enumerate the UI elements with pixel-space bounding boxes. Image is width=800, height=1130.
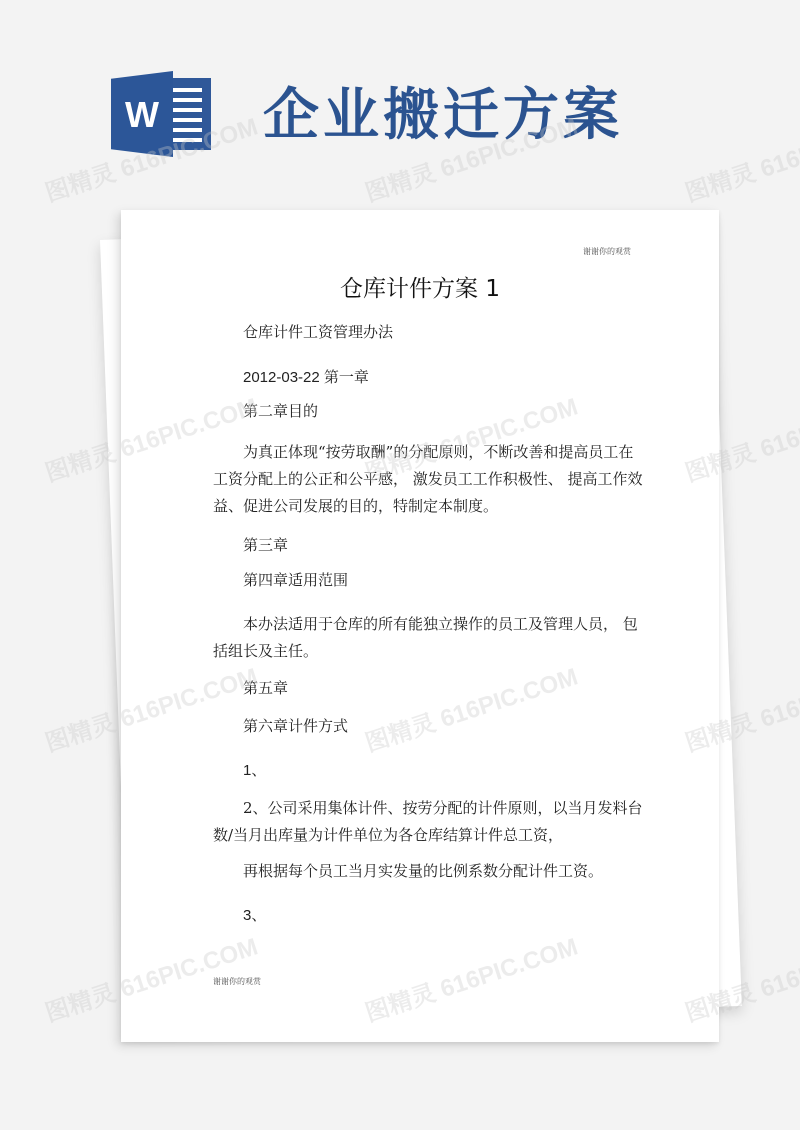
banner: W 企业搬迁方案	[0, 0, 800, 200]
paragraph: 第五章	[213, 675, 673, 702]
paragraph: 第三章	[213, 532, 673, 559]
paragraph: 2、公司采用集体计件、按劳分配的计件原则，以当月发料台数/当月出库量为计件单位为…	[213, 795, 643, 849]
paragraph: 为真正体现“按劳取酬”的分配原则，不断改善和提高员工在工资分配上的公正和公平感，…	[213, 439, 643, 520]
paragraph: 仓库计件工资管理办法	[213, 319, 673, 346]
paragraph: 3、	[213, 902, 673, 929]
page-header: 谢谢你的观赏	[583, 246, 631, 257]
word-icon: W	[111, 71, 213, 157]
paragraph: 第四章适用范围	[213, 567, 673, 594]
paragraph: 2012-03-22 第一章	[213, 364, 673, 391]
paragraph: 第六章计件方式	[213, 713, 673, 740]
document-title: 仓库计件方案 1	[121, 270, 719, 303]
paragraph: 第二章目的	[213, 398, 673, 425]
paragraph: 再根据每个员工当月实发量的比例系数分配计件工资。	[213, 858, 673, 885]
banner-title: 企业搬迁方案	[263, 80, 623, 150]
page-footer: 谢谢你的观赏	[213, 976, 261, 987]
document-page: 谢谢你的观赏 仓库计件方案 1 仓库计件工资管理办法 2012-03-22 第一…	[121, 210, 719, 1042]
paragraph: 本办法适用于仓库的所有能独立操作的员工及管理人员， 包括组长及主任。	[213, 611, 643, 665]
paragraph: 1、	[213, 757, 673, 784]
word-icon-letter: W	[117, 97, 167, 133]
